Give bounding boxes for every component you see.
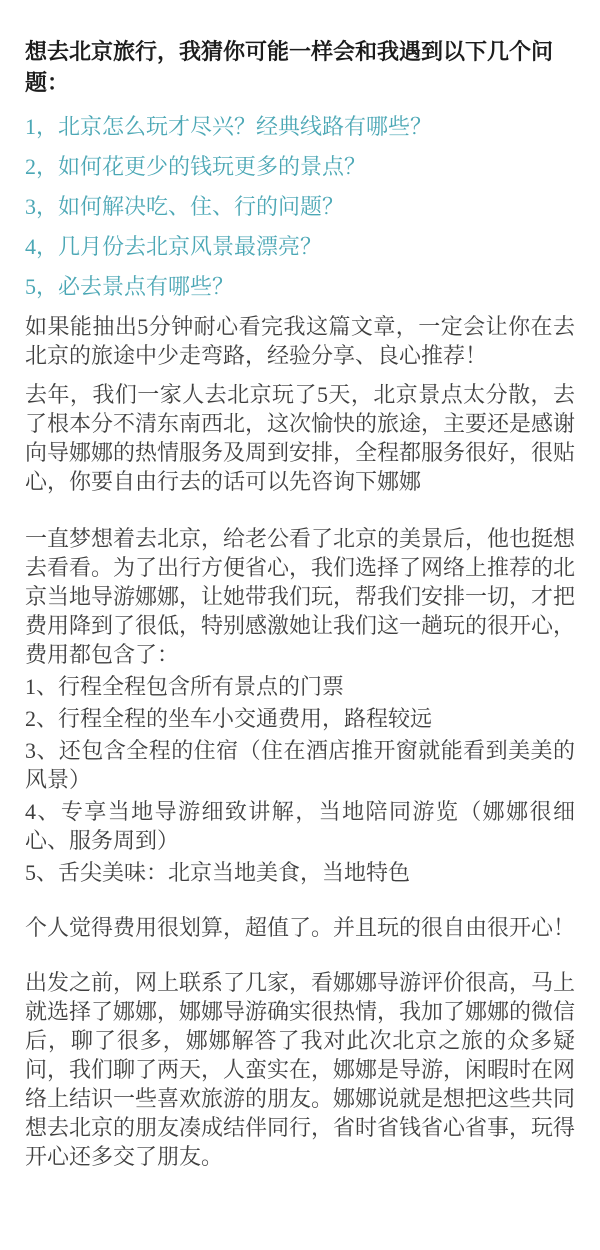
paragraph-before-departure: 出发之前，网上联系了几家，看娜娜导游评价很高，马上就选择了娜娜，娜娜导游确实很热…: [25, 968, 575, 1171]
article-page: 想去北京旅行，我猜你可能一样会和我遇到以下几个问题： 1，北京怎么玩才尽兴？经典…: [0, 0, 600, 1171]
paragraph-last-year-trip: 去年，我们一家人去北京玩了5天，北京景点太分散，去了根本分不清东南西北，这次愉快…: [25, 380, 575, 496]
question-item-2: 2，如何花更少的钱玩更多的景点？: [25, 152, 575, 181]
paragraph-value-summary: 个人觉得费用很划算，超值了。并且玩的很自由很开心！: [25, 913, 575, 942]
paragraph-dream-and-costs: 一直梦想着去北京，给老公看了北京的美景后，他也挺想去看看。为了出行方便省心，我们…: [25, 524, 575, 669]
question-list: 1，北京怎么玩才尽兴？经典线路有哪些？ 2，如何花更少的钱玩更多的景点？ 3，如…: [25, 112, 575, 301]
cost-item-5: 5、舌尖美味：北京当地美食，当地特色: [25, 858, 575, 887]
article-title: 想去北京旅行，我猜你可能一样会和我遇到以下几个问题：: [25, 36, 575, 98]
cost-item-1: 1、行程全程包含所有景点的门票: [25, 672, 575, 701]
cost-item-2: 2、行程全程的坐车小交通费用，路程较远: [25, 704, 575, 733]
cost-item-4: 4、专享当地导游细致讲解，当地陪同游览（娜娜很细心、服务周到）: [25, 797, 575, 855]
paragraph-intro: 如果能抽出5分钟耐心看完我这篇文章，一定会让你在去北京的旅途中少走弯路，经验分享…: [25, 312, 575, 370]
question-item-5: 5，必去景点有哪些？: [25, 272, 575, 301]
question-item-4: 4，几月份去北京风景最漂亮？: [25, 232, 575, 261]
question-item-3: 3，如何解决吃、住、行的问题？: [25, 192, 575, 221]
cost-inclusion-list: 1、行程全程包含所有景点的门票 2、行程全程的坐车小交通费用，路程较远 3、还包…: [25, 672, 575, 887]
question-item-1: 1，北京怎么玩才尽兴？经典线路有哪些？: [25, 112, 575, 141]
cost-item-3: 3、还包含全程的住宿（住在酒店推开窗就能看到美美的风景）: [25, 736, 575, 794]
